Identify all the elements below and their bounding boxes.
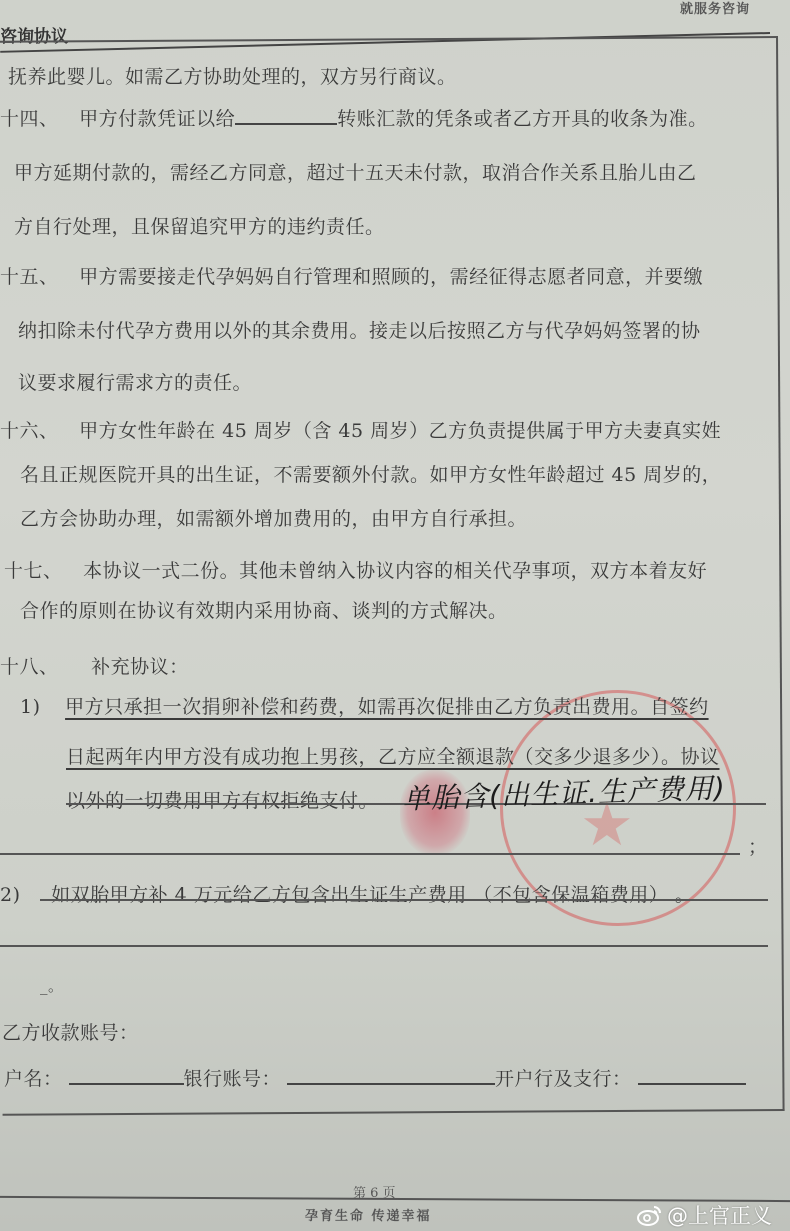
clause-15-line1: 十五、 甲方需要接走代孕妈妈自行管理和照顾的，需经征得志愿者同意，并要缴	[0, 262, 703, 289]
item-2-line1: 2) 如双胎甲方补 4 万元给乙方包含出生证生产费用 （不包含保温箱费用） 。	[0, 880, 694, 907]
item-number: 1)	[20, 696, 41, 718]
clause-14-line3: 方自行处理，且保留追究甲方的违约责任。	[14, 212, 385, 239]
item-1-line3: 以外的一切费用甲方有权拒绝支付。	[66, 786, 378, 813]
clause-13-tail: 抚养此婴儿。如需乙方协助处理的，双方另行商议。	[8, 62, 457, 89]
account-title: 乙方收款账号：	[2, 1018, 139, 1045]
item-2-extra-line	[0, 945, 768, 947]
document-page: 就服务咨询 咨询协议 抚养此婴儿。如需乙方协助处理的，双方另行商议。 十四、 甲…	[0, 0, 790, 1231]
clause-17-line2: 合作的原则在协议有效期内采用协商、谈判的方式解决。	[20, 596, 508, 623]
clause-number: 十五、	[0, 262, 59, 289]
clause-15-line3: 议要求履行需求方的责任。	[18, 368, 252, 395]
payee-blank	[235, 123, 337, 125]
bank-branch-field[interactable]	[638, 1083, 746, 1085]
item-3-fragment: _。	[40, 975, 64, 996]
header-right-fragment: 就服务咨询	[680, 0, 750, 17]
clause-17-line1: 十七、 本协议一式二份。其他未曾纳入协议内容的相关代孕事项，双方本着友好	[4, 556, 707, 583]
account-fields: 户名：银行账号：开户行及支行：	[4, 1064, 746, 1091]
item-2-underline	[40, 899, 768, 901]
clause-15-line2: 纳扣除未付代孕方费用以外的其余费用。接走以后按照乙方与代孕妈妈签署的协	[18, 316, 701, 343]
weibo-icon	[637, 1204, 663, 1226]
watermark-handle: @上官正义	[667, 1200, 772, 1230]
footer-slogan: 孕育生命 传递幸福	[305, 1205, 432, 1224]
item-1-line4-underline	[0, 853, 740, 855]
clause-14-line2: 甲方延期付款的，需经乙方同意，超过十五天未付款，取消合作关系且胎儿由乙	[14, 158, 697, 185]
bank-account-label: 银行账号：	[184, 1068, 282, 1090]
clause-number: 十七、	[4, 556, 63, 583]
item-2-text: 如双胎甲方补 4 万元给乙方包含出生证生产费用 （不包含保温箱费用） 。	[51, 884, 694, 906]
clause-number: 十六、	[0, 416, 59, 443]
supplementary-title: 补充协议：	[91, 656, 189, 678]
item-number: 2)	[0, 884, 21, 906]
clause-number: 十四、	[0, 104, 59, 131]
bank-branch-label: 开户行及支行：	[495, 1068, 632, 1090]
item-1-line1: 1) 甲方只承担一次捐卵补偿和药费，如需再次促排由乙方负责出费用。自签约	[20, 692, 709, 719]
clause-18-heading: 十八、 补充协议：	[0, 652, 189, 679]
account-name-field[interactable]	[69, 1083, 184, 1085]
weibo-watermark: @上官正义	[637, 1200, 772, 1230]
clause-14-text-b: 转账汇款的凭条或者乙方开具的收条为准。	[337, 108, 708, 130]
account-name-label: 户名：	[4, 1068, 63, 1090]
bank-account-field[interactable]	[287, 1083, 495, 1085]
clause-16-text: 甲方女性年龄在 45 周岁（含 45 周岁）乙方负责提供属于甲方夫妻真实姓	[79, 420, 721, 442]
clause-17-text: 本协议一式二份。其他未曾纳入协议内容的相关代孕事项，双方本着友好	[83, 560, 707, 582]
item-1-semicolon: ；	[748, 832, 768, 859]
item-1-text: 甲方只承担一次捐卵补偿和药费，如需再次促排由乙方负责出费用。自签约	[65, 696, 709, 718]
clause-14-text-a: 甲方付款凭证以给	[79, 108, 235, 130]
clause-15-text: 甲方需要接走代孕妈妈自行管理和照顾的，需经征得志愿者同意，并要缴	[79, 266, 703, 288]
clause-16-line1: 十六、 甲方女性年龄在 45 周岁（含 45 周岁）乙方负责提供属于甲方夫妻真实…	[0, 416, 721, 443]
item-1-line2: 日起两年内甲方没有成功抱上男孩，乙方应全额退款（交多少退多少）。协议	[66, 742, 720, 769]
clause-16-line3: 乙方会协助办理，如需额外增加费用的，由甲方自行承担。	[20, 504, 527, 531]
clause-14-line1: 十四、 甲方付款凭证以给转账汇款的凭条或者乙方开具的收条为准。	[0, 104, 708, 131]
clause-16-line2: 名且正规医院开具的出生证，不需要额外付款。如甲方女性年龄超过 45 周岁的，	[20, 460, 721, 487]
clause-number: 十八、	[0, 652, 59, 679]
